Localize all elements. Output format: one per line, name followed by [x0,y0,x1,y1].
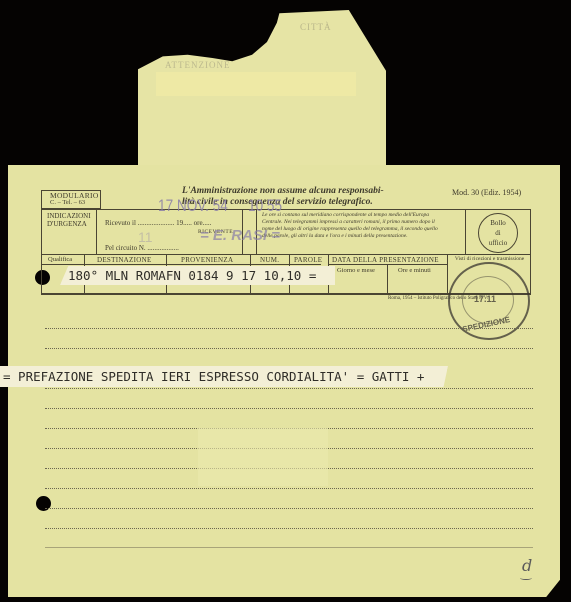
urgency-divider [96,209,97,254]
received-field: Ricevuto il ..................... 19....… [105,219,211,227]
urgency-label-1: INDICAZIONI [47,212,91,220]
flap-faint-text-2: ATTENZIONE [165,60,231,70]
date-stamp: 17 NOV. 54 [158,196,228,216]
message-line-1 [45,328,533,329]
message-line-4 [45,408,533,409]
col-div-data [447,254,448,294]
window-shadow [198,428,328,486]
col-div-giorno [387,264,388,294]
col-data-presentazione: DATA DELLA PRESENTAZIONE [332,256,439,264]
column-header-line [41,264,321,265]
handwritten-underline [520,576,532,580]
col-ore-minuti: Ore e minuti [398,267,431,274]
col-qualifica: Qualifica [48,256,72,263]
bollo-line-3: ufficio [479,238,517,248]
message-line-8 [45,488,533,489]
flap-faint-text: CITTÀ [300,22,332,32]
col-destinazione: DESTINAZIONE [97,256,152,264]
header-tape-strip: 180° MLN ROMAFN 0184 9 17 10,10 = [60,266,335,285]
message-line-11 [45,547,533,548]
bollo-line-2: di [479,228,517,238]
bollo-line-1: Bollo [479,218,517,228]
model-number: Mod. 30 (Ediz. 1954) [452,188,521,197]
punch-hole-top [35,270,50,285]
urgency-label-2: D'URGENZA [47,220,87,228]
bollo-circle: Bollo di ufficio [478,213,518,253]
header-tape-text: 180° MLN ROMAFN 0184 9 17 10,10 = [68,268,316,283]
circuit-field: Pel circuito N. .................. [105,244,179,252]
bollo-divider [465,209,466,254]
flap-window-band [156,72,356,96]
message-tape-strip: = PREFAZIONE SPEDITA IERI ESPRESSO CORDI… [0,366,448,387]
time-notes: Le ore si contano sul meridiano corrispo… [262,212,438,256]
grid-top-line [41,209,531,210]
handwritten-mark: d [522,556,532,575]
message-line-3 [45,388,533,389]
col-giorno-mese: Giorno e mese [337,267,375,274]
message-tape-text: = PREFAZIONE SPEDITA IERI ESPRESSO CORDI… [3,369,424,384]
time-stamp: 10 55 [248,196,282,216]
col-parole: PAROLE [294,256,322,264]
col-provenienza: PROVENIENZA [181,256,233,264]
modulario-code: C. – Tel. – 63 [50,199,85,206]
modulario-box: MODULARIO C. – Tel. – 63 [41,190,101,209]
postmark-date: 17.11 [474,294,496,304]
faint-number-stamp: 11 [138,229,153,245]
message-line-9 [45,508,533,509]
grid-right-line [530,209,531,294]
message-line-10 [45,528,533,529]
message-line-2 [45,348,533,349]
col-num: NUM. [260,256,279,264]
grid-left-line [41,209,42,294]
data-header-line [328,264,447,265]
operator-stamp: = E. RASI = [200,227,280,244]
